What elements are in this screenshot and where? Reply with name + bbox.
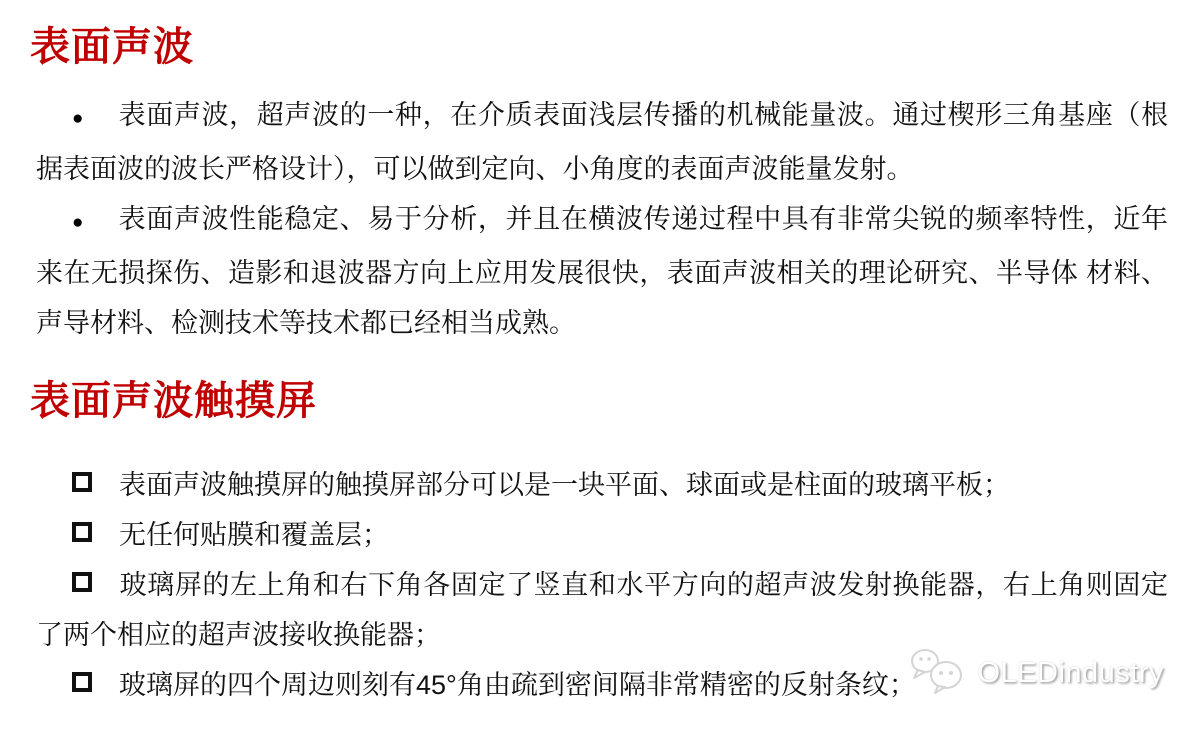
square-bullet-icon: [72, 672, 92, 692]
circle-bullet-icon: ●: [72, 198, 118, 248]
bullet-text: 玻璃屏的四个周边则刻有45°角由疏到密间隔非常精密的反射条纹；: [119, 670, 916, 700]
bullet-item: 无任何贴膜和覆盖层；: [36, 510, 1168, 560]
bullet-text: 无任何贴膜和覆盖层；: [119, 520, 389, 550]
bullet-text: 表面声波触摸屏的触摸屏部分可以是一块平面、球面或是柱面的玻璃平板；: [119, 470, 1010, 500]
slide: 表面声波 ●表面声波，超声波的一种，在介质表面浅层传播的机械能量波。通过楔形三角…: [0, 0, 1198, 735]
bullet-text: 玻璃屏的左上角和右下角各固定了竖直和水平方向的超声波发射换能器，右上角则固定了两…: [36, 570, 1168, 650]
square-bullet-icon: [72, 522, 92, 542]
circle-bullet-icon: ●: [72, 94, 118, 144]
bullet-item: 表面声波触摸屏的触摸屏部分可以是一块平面、球面或是柱面的玻璃平板；: [36, 460, 1168, 510]
square-bullet-icon: [72, 572, 92, 592]
watermark-text: OLEDindustry: [977, 657, 1164, 690]
bullet-text: 表面声波，超声波的一种，在介质表面浅层传播的机械能量波。通过楔形三角基座（根据表…: [36, 100, 1168, 184]
bullet-text: 表面声波性能稳定、易于分析，并且在横波传递过程中具有非常尖锐的频率特性，近年来在…: [36, 204, 1168, 338]
wechat-icon: [909, 648, 967, 699]
bullet-item: ●表面声波性能稳定、易于分析，并且在横波传递过程中具有非常尖锐的频率特性，近年来…: [36, 194, 1168, 348]
section1-bullet-list: ●表面声波，超声波的一种，在介质表面浅层传播的机械能量波。通过楔形三角基座（根据…: [0, 70, 1198, 348]
bullet-item: ●表面声波，超声波的一种，在介质表面浅层传播的机械能量波。通过楔形三角基座（根据…: [36, 90, 1168, 194]
watermark: OLEDindustry: [909, 648, 1164, 699]
section2-title: 表面声波触摸屏: [0, 348, 1198, 424]
section1-title: 表面声波: [0, 0, 1198, 70]
square-bullet-icon: [72, 472, 92, 492]
bullet-item: 玻璃屏的左上角和右下角各固定了竖直和水平方向的超声波发射换能器，右上角则固定了两…: [36, 560, 1168, 660]
